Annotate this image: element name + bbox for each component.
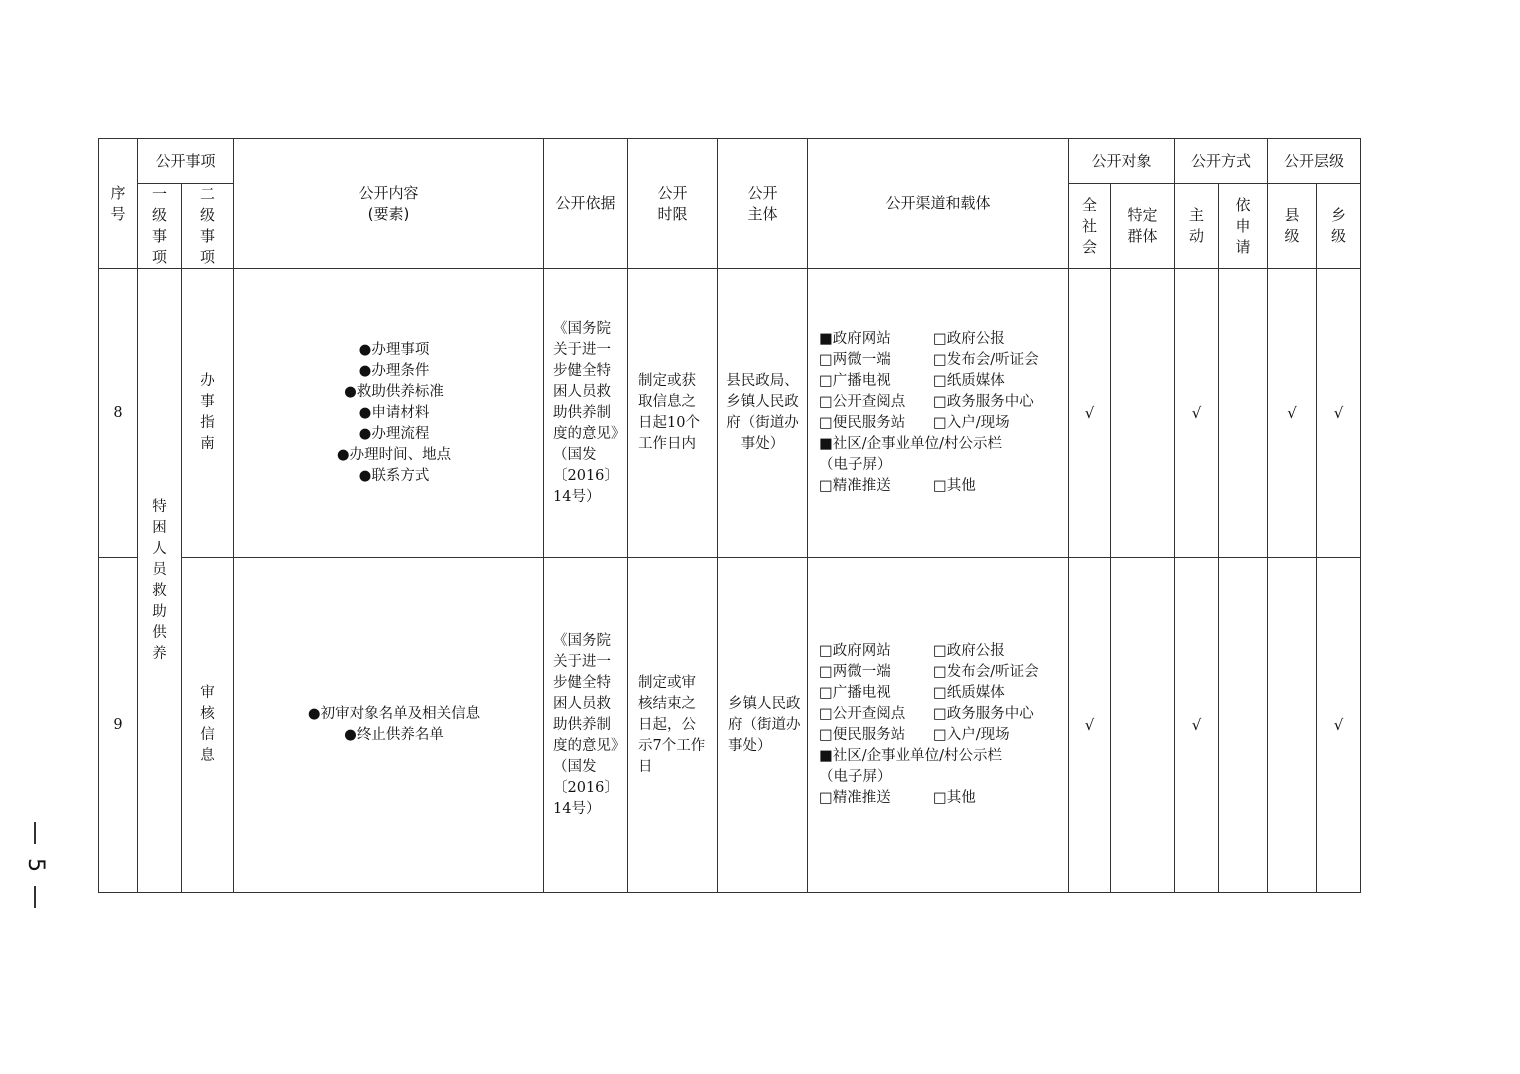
page-number-dash-top	[34, 822, 36, 844]
row-method-request	[1219, 269, 1268, 558]
content-item: ●联系方式	[245, 466, 543, 487]
page-number-dash-bottom	[34, 886, 36, 908]
content-item: ●办理流程	[245, 424, 543, 445]
row-target-specific	[1111, 558, 1175, 893]
header-level-county: 县级	[1268, 184, 1317, 269]
header-row-1: 序号 公开事项 公开内容(要素) 公开依据 公开时限 公开主体 公开渠道和载体 …	[99, 139, 1361, 184]
row-channels: ■政府网站□政府公报 □两微一端□发布会/听证会 □广播电视□纸质媒体 □公开查…	[808, 269, 1069, 558]
row-seq: 9	[99, 558, 138, 893]
header-level-town: 乡级	[1317, 184, 1361, 269]
header-matters: 公开事项	[138, 139, 234, 184]
header-channels: 公开渠道和载体	[808, 139, 1069, 269]
row-basis: 《国务院关于进一步健全特困人员救助供养制度的意见》（国发〔2016〕14号）	[544, 269, 628, 558]
row-level2: 审核信息	[182, 558, 234, 893]
row-method-active: √	[1175, 558, 1219, 893]
content-item: ●初审对象名单及相关信息	[245, 704, 543, 725]
header-method-active: 主动	[1175, 184, 1219, 269]
row-basis: 《国务院关于进一步健全特困人员救助供养制度的意见》（国发〔2016〕14号）	[544, 558, 628, 893]
content-item: ●办理事项	[245, 340, 543, 361]
row-content: ●办理事项 ●办理条件 ●救助供养标准 ●申请材料 ●办理流程 ●办理时间、地点…	[234, 269, 544, 558]
header-deadline: 公开时限	[628, 139, 718, 269]
row-target-all: √	[1069, 558, 1111, 893]
content-item: ●申请材料	[245, 403, 543, 424]
content-item: ●终止供养名单	[245, 725, 543, 746]
header-method: 公开方式	[1175, 139, 1268, 184]
content-item: ●办理时间、地点	[245, 445, 543, 466]
row-level2: 办事指南	[182, 269, 234, 558]
row-level-town: √	[1317, 269, 1361, 558]
level1-item: 特困人员救助供养	[138, 269, 182, 893]
row-content: ●初审对象名单及相关信息 ●终止供养名单	[234, 558, 544, 893]
header-subject: 公开主体	[718, 139, 808, 269]
page-number: 5	[22, 822, 48, 908]
table-row: 8 特困人员救助供养 办事指南 ●办理事项 ●办理条件 ●救助供养标准 ●申请材…	[99, 269, 1361, 558]
header-level: 公开层级	[1268, 139, 1361, 184]
row-level-county	[1268, 558, 1317, 893]
row-channels: □政府网站□政府公报 □两微一端□发布会/听证会 □广播电视□纸质媒体 □公开查…	[808, 558, 1069, 893]
row-method-request	[1219, 558, 1268, 893]
header-basis: 公开依据	[544, 139, 628, 269]
row-level-town: √	[1317, 558, 1361, 893]
row-subject: 乡镇人民政府（街道办事处）	[718, 558, 808, 893]
content-item: ●办理条件	[245, 361, 543, 382]
page-number-value: 5	[24, 858, 46, 872]
row-level-county: √	[1268, 269, 1317, 558]
header-seq: 序号	[99, 139, 138, 269]
header-method-request: 依申请	[1219, 184, 1268, 269]
header-level1: 一级事项	[138, 184, 182, 269]
header-target: 公开对象	[1069, 139, 1175, 184]
row-method-active: √	[1175, 269, 1219, 558]
header-content: 公开内容(要素)	[234, 139, 544, 269]
disclosure-table: 序号 公开事项 公开内容(要素) 公开依据 公开时限 公开主体 公开渠道和载体 …	[98, 138, 1361, 893]
header-level2: 二级事项	[182, 184, 234, 269]
header-target-specific: 特定群体	[1111, 184, 1175, 269]
row-deadline: 制定或审核结束之日起，公示7个工作日	[628, 558, 718, 893]
table-row: 9 审核信息 ●初审对象名单及相关信息 ●终止供养名单 《国务院关于进一步健全特…	[99, 558, 1361, 893]
row-deadline: 制定或获取信息之日起10个工作日内	[628, 269, 718, 558]
row-seq: 8	[99, 269, 138, 558]
content-item: ●救助供养标准	[245, 382, 543, 403]
row-target-all: √	[1069, 269, 1111, 558]
header-target-all: 全社会	[1069, 184, 1111, 269]
row-subject: 县民政局、乡镇人民政府（街道办事处）	[718, 269, 808, 558]
row-target-specific	[1111, 269, 1175, 558]
